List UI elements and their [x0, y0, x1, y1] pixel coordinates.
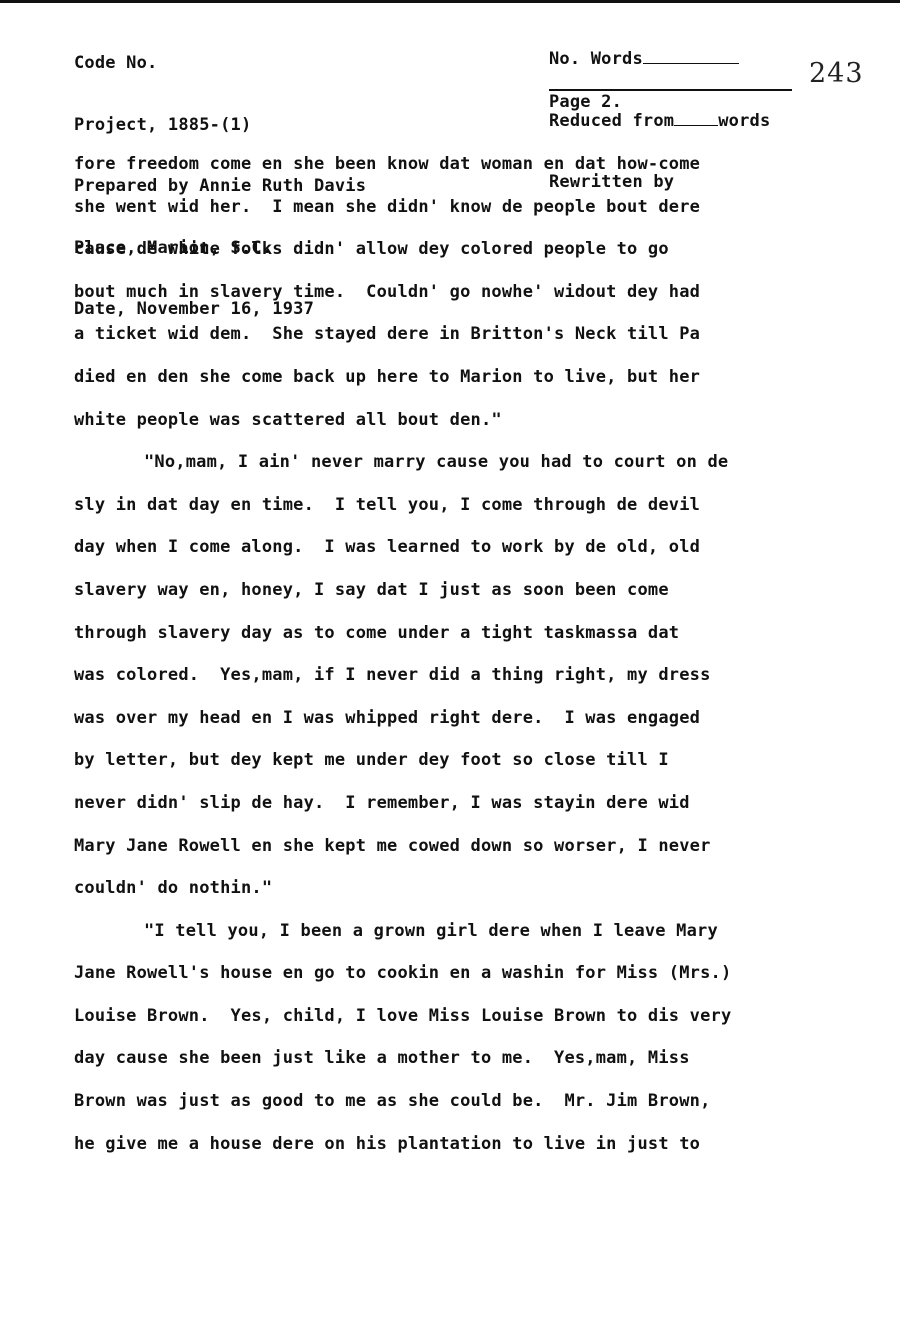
no-words-field: No. Words: [549, 49, 770, 70]
reduced-from-field: Reduced fromwords: [549, 111, 770, 132]
reduced-words-label: words: [718, 111, 770, 131]
transcript-line: was over my head en I was whipped right …: [74, 706, 874, 749]
transcript-line: slavery way en, honey, I say dat I just …: [74, 578, 874, 621]
transcript-line: couldn' do nothin.": [74, 876, 874, 919]
transcript-line: was colored. Yes,mam, if I never did a t…: [74, 663, 874, 706]
scan-top-edge: [0, 0, 900, 3]
transcript-line: Mary Jane Rowell en she kept me cowed do…: [74, 834, 874, 877]
transcript-line: day cause she been just like a mother to…: [74, 1046, 874, 1089]
transcript-line: by letter, but dey kept me under dey foo…: [74, 748, 874, 791]
transcript-body: fore freedom come en she been know dat w…: [74, 152, 874, 1174]
reduced-from-blank: [674, 111, 718, 126]
transcript-line: through slavery day as to come under a t…: [74, 621, 874, 664]
archive-stamp-number: 243: [809, 58, 864, 89]
code-number-label: Code No.: [74, 53, 366, 74]
transcript-line: Jane Rowell's house en go to cookin en a…: [74, 961, 874, 1004]
reduced-from-label: Reduced from: [549, 111, 674, 131]
transcript-line: "I tell you, I been a grown girl dere wh…: [74, 919, 874, 962]
transcript-line: day when I come along. I was learned to …: [74, 535, 874, 578]
project-label: Project, 1885-(1): [74, 115, 366, 136]
transcript-line: a ticket wid dem. She stayed dere in Bri…: [74, 322, 874, 365]
page-number-label: Page 2.: [549, 92, 622, 112]
transcript-line: white people was scattered all bout den.…: [74, 408, 874, 451]
transcript-line: Louise Brown. Yes, child, I love Miss Lo…: [74, 1004, 874, 1047]
transcript-line: Brown was just as good to me as she coul…: [74, 1089, 874, 1132]
transcript-line: sly in dat day en time. I tell you, I co…: [74, 493, 874, 536]
transcript-line: died en den she come back up here to Mar…: [74, 365, 874, 408]
transcript-line: cause de white folks didn' allow dey col…: [74, 237, 874, 280]
transcript-line: bout much in slavery time. Couldn' go no…: [74, 280, 874, 323]
transcript-line: she went wid her. I mean she didn' know …: [74, 195, 874, 238]
transcript-line: he give me a house dere on his plantatio…: [74, 1132, 874, 1175]
no-words-label: No. Words: [549, 49, 643, 69]
transcript-line: never didn' slip de hay. I remember, I w…: [74, 791, 874, 834]
transcript-line: "No,mam, I ain' never marry cause you ha…: [74, 450, 874, 493]
no-words-blank: [643, 49, 739, 64]
transcript-line: fore freedom come en she been know dat w…: [74, 152, 874, 195]
rewritten-by-blank-rule: [549, 89, 792, 91]
